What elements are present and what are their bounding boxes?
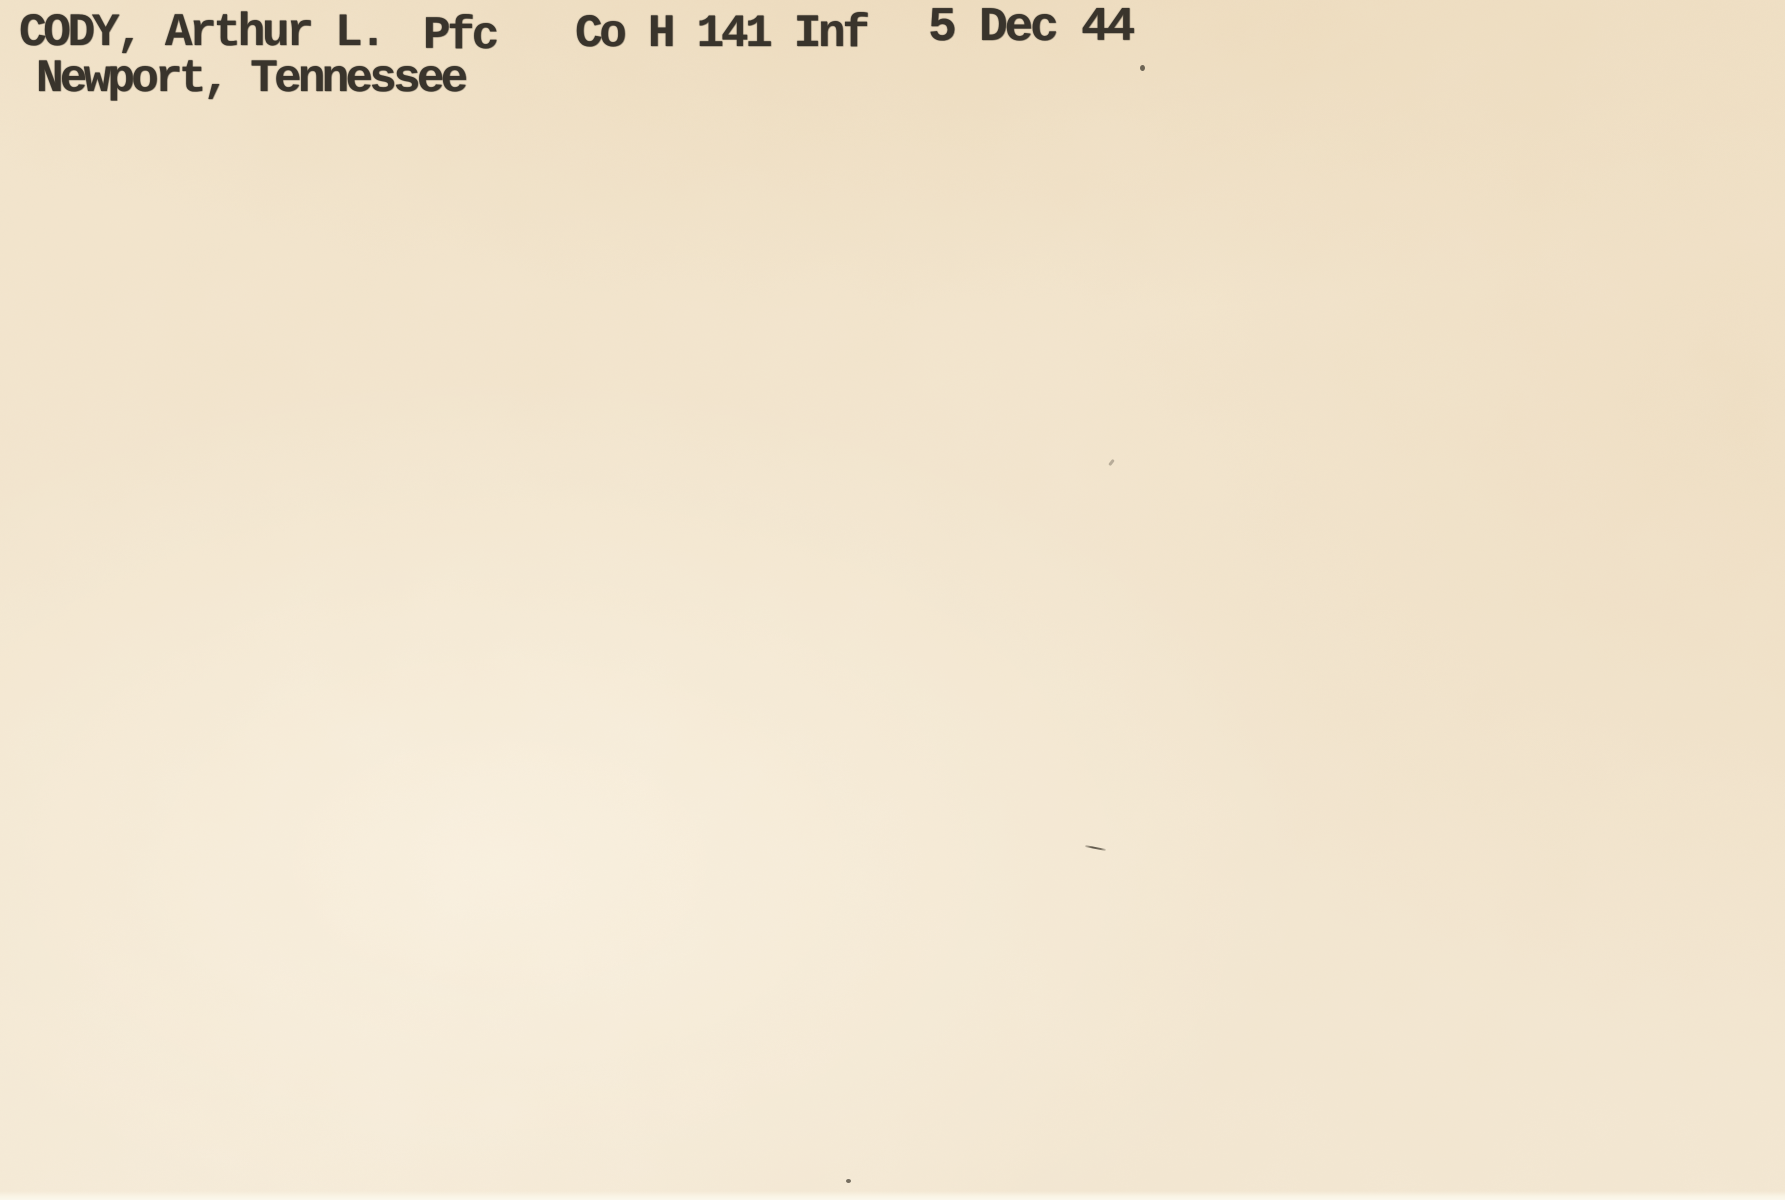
residence: Newport, Tennessee	[36, 53, 464, 105]
unit: Co H 141 Inf	[575, 8, 867, 60]
pencil-scratch	[1085, 845, 1106, 851]
paper-fiber-speck	[1108, 459, 1115, 466]
ink-speck	[1140, 65, 1145, 71]
scan-edge	[0, 1191, 1785, 1200]
casualty-date: 5 Dec 44	[928, 1, 1132, 55]
index-card: CODY, Arthur L. Pfc Co H 141 Inf 5 Dec 4…	[0, 0, 1785, 1200]
service-member-name: CODY, Arthur L.	[19, 7, 384, 59]
paper-texture	[0, 0, 1785, 1200]
ink-speck	[846, 1179, 851, 1183]
